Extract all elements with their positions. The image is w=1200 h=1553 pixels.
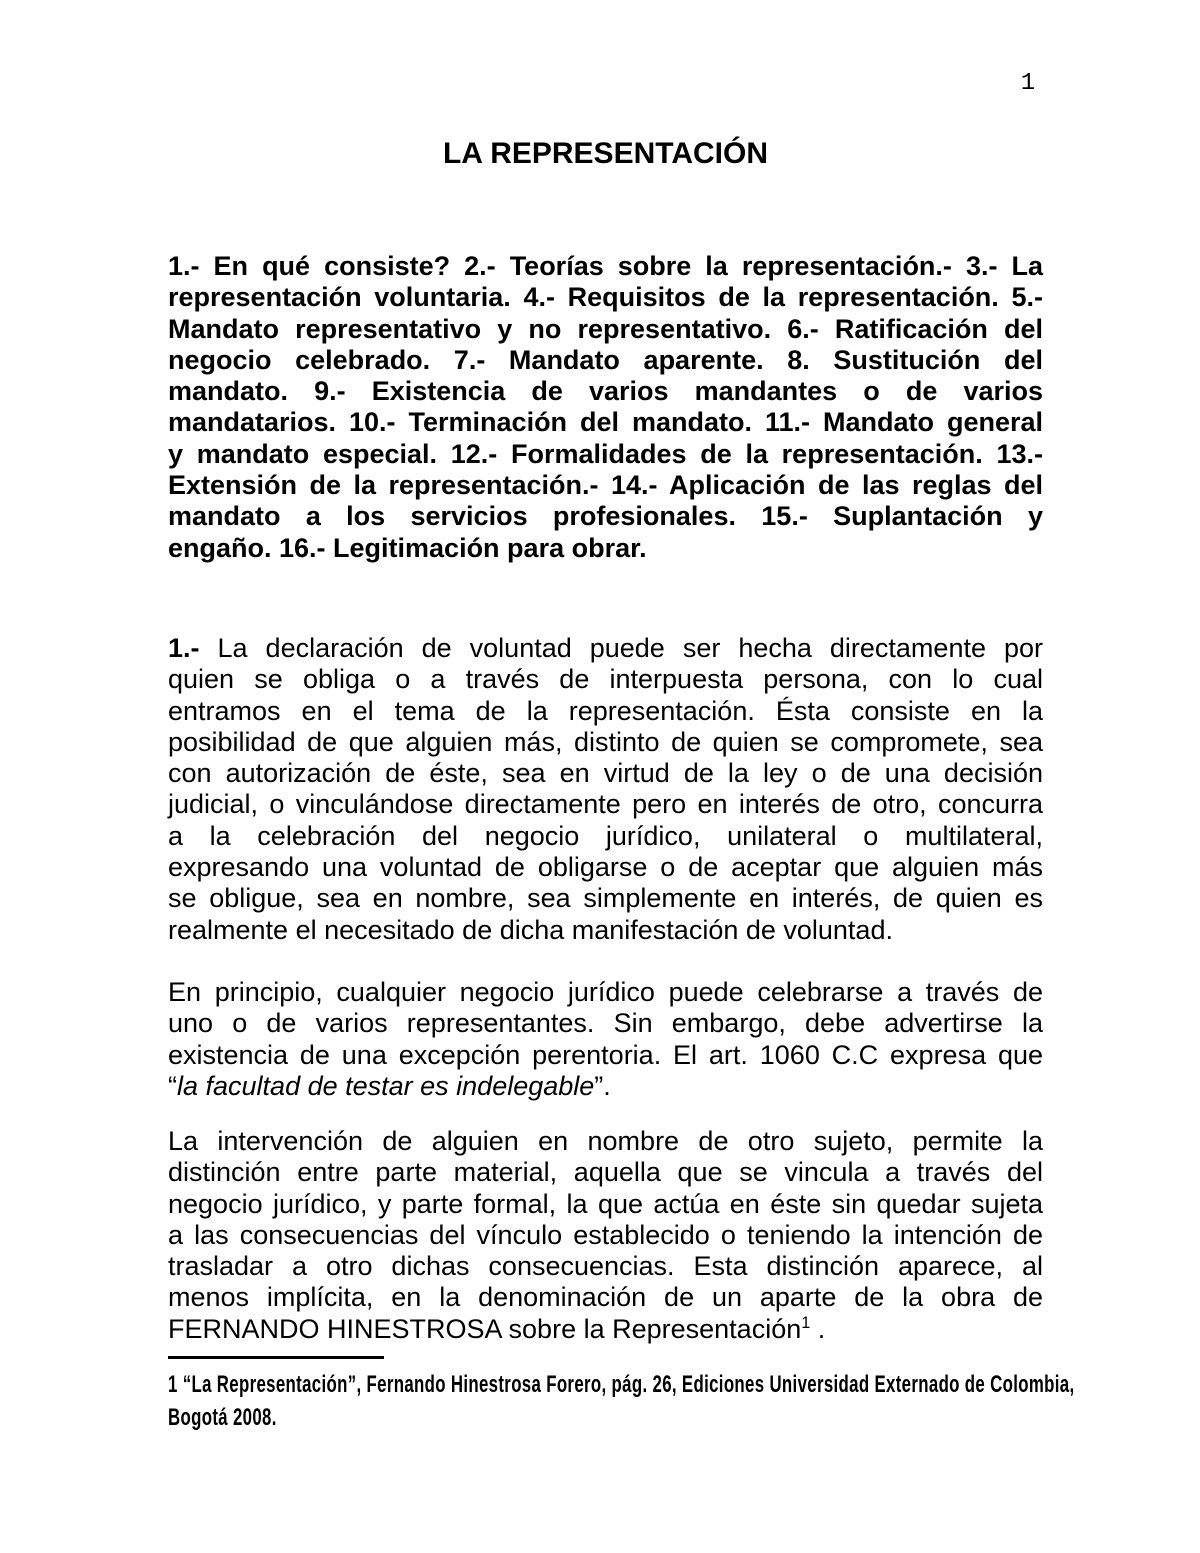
text-line: mandato a los servicios profesionales. 1… <box>168 501 1043 532</box>
text-line: mandatarios. 10.- Terminación del mandat… <box>168 407 1043 438</box>
text-line: Extensión de la representación.- 14.- Ap… <box>168 470 1043 501</box>
text-line: menos implícita, en la denominación de u… <box>168 1282 1043 1313</box>
text-line: “la facultad de testar es indelegable”. <box>168 1071 1043 1102</box>
text-run: expresando una voluntad de obligarse o d… <box>168 852 1043 882</box>
text-run: menos implícita, en la denominación de u… <box>168 1282 1043 1312</box>
text-line: negocio jurídico, y parte formal, la que… <box>168 1189 1043 1220</box>
text-run: a la celebración del negocio jurídico, u… <box>168 821 1043 851</box>
text-run: existencia de una excepción perentoria. … <box>168 1040 1043 1070</box>
text-run: con autorización de éste, sea en virtud … <box>168 758 1043 788</box>
text-run: judicial, o vinculándose directamente pe… <box>168 789 1043 819</box>
body-paragraph-3: La intervención de alguien en nombre de … <box>168 1126 1043 1345</box>
text-line: La intervención de alguien en nombre de … <box>168 1126 1043 1157</box>
text-run: realmente el necesitado de dicha manifes… <box>168 915 893 945</box>
text-run: mandatarios. 10.- Terminación del mandat… <box>168 407 1043 437</box>
text-line: judicial, o vinculándose directamente pe… <box>168 789 1043 820</box>
text-line: a la celebración del negocio jurídico, u… <box>168 821 1043 852</box>
body-paragraph-1: 1.- La declaración de voluntad puede ser… <box>168 633 1043 946</box>
text-run: posibilidad de que alguien más, distinto… <box>168 727 1043 757</box>
text-line: 1 “La Representación”, Fernando Hinestro… <box>168 1369 781 1402</box>
text-line: 1.- En qué consiste? 2.- Teorías sobre l… <box>168 251 1043 282</box>
text-run: Bogotá 2008. <box>168 1404 277 1431</box>
text-run: quien se obliga o a través de interpuest… <box>168 664 1043 694</box>
text-run: 1 “La Representación”, Fernando Hinestro… <box>168 1371 1074 1398</box>
text-run: Extensión de la representación.- 14.- Ap… <box>168 470 1043 500</box>
toc-paragraph: 1.- En qué consiste? 2.- Teorías sobre l… <box>168 251 1043 564</box>
text-line: 1.- La declaración de voluntad puede ser… <box>168 633 1043 664</box>
text-run: distinción entre parte material, aquella… <box>168 1157 1043 1187</box>
text-line: expresando una voluntad de obligarse o d… <box>168 852 1043 883</box>
text-line: mandato. 9.- Existencia de varios mandan… <box>168 376 1043 407</box>
text-run: mandato a los servicios profesionales. 1… <box>168 501 1043 531</box>
body-paragraph-2: En principio, cualquier negocio jurídico… <box>168 977 1043 1102</box>
text-run: y mandato especial. 12.- Formalidades de… <box>168 439 1043 469</box>
text-run: uno o de varios representantes. Sin emba… <box>168 1008 1043 1038</box>
text-line: engaño. 16.- Legitimación para obrar. <box>168 533 1043 564</box>
text-run: Mandato representativo y no representati… <box>168 314 1043 344</box>
footnote: 1 “La Representación”, Fernando Hinestro… <box>168 1369 1043 1434</box>
text-line: a las consecuencias del vínculo establec… <box>168 1220 1043 1251</box>
text-run: ”. <box>594 1071 611 1101</box>
text-line: con autorización de éste, sea en virtud … <box>168 758 1043 789</box>
text-line: se obligue, sea en nombre, sea simplemen… <box>168 883 1043 914</box>
text-run: “ <box>168 1071 177 1101</box>
document-page: { "page": { "number": "1" }, "header": {… <box>0 0 1200 1553</box>
text-line: trasladar a otro dichas consecuencias. E… <box>168 1251 1043 1282</box>
text-run: entramos en el tema de la representación… <box>168 696 1043 726</box>
text-line: distinción entre parte material, aquella… <box>168 1157 1043 1188</box>
text-line: Mandato representativo y no representati… <box>168 314 1043 345</box>
footnote-marker: 1 <box>801 1314 810 1332</box>
text-run: . <box>810 1314 825 1344</box>
text-line: representación voluntaria. 4.- Requisito… <box>168 282 1043 313</box>
text-run: se obligue, sea en nombre, sea simplemen… <box>168 883 1043 913</box>
text-run: negocio celebrado. 7.- Mandato aparente.… <box>168 345 1043 375</box>
text-run: negocio jurídico, y parte formal, la que… <box>168 1189 1043 1219</box>
text-line: quien se obliga o a través de interpuest… <box>168 664 1043 695</box>
text-line: realmente el necesitado de dicha manifes… <box>168 915 1043 946</box>
text-run: mandato. 9.- Existencia de varios mandan… <box>168 376 1043 406</box>
page-number: 1 <box>1008 70 1048 97</box>
text-line: negocio celebrado. 7.- Mandato aparente.… <box>168 345 1043 376</box>
text-line: y mandato especial. 12.- Formalidades de… <box>168 439 1043 470</box>
text-run: engaño. 16.- Legitimación para obrar. <box>168 533 647 563</box>
document-title: LA REPRESENTACIÓN <box>168 137 1043 171</box>
text-line: FERNANDO HINESTROSA sobre la Representac… <box>168 1314 1043 1345</box>
text-line: posibilidad de que alguien más, distinto… <box>168 727 1043 758</box>
text-run: 1.- <box>168 633 200 663</box>
text-run: FERNANDO HINESTROSA sobre la Representac… <box>168 1314 801 1344</box>
text-run: a las consecuencias del vínculo establec… <box>168 1220 1043 1250</box>
text-run: La intervención de alguien en nombre de … <box>168 1126 1043 1156</box>
text-run: trasladar a otro dichas consecuencias. E… <box>168 1251 1043 1281</box>
text-line: entramos en el tema de la representación… <box>168 696 1043 727</box>
text-run: 1.- En qué consiste? 2.- Teorías sobre l… <box>168 251 1043 281</box>
footnote-separator <box>168 1356 384 1359</box>
text-run: la facultad de testar es indelegable <box>177 1071 594 1101</box>
text-line: Bogotá 2008. <box>168 1402 781 1435</box>
text-line: uno o de varios representantes. Sin emba… <box>168 1008 1043 1039</box>
text-run: La declaración de voluntad puede ser hec… <box>200 633 1043 663</box>
text-run: En principio, cualquier negocio jurídico… <box>168 977 1043 1007</box>
text-run: representación voluntaria. 4.- Requisito… <box>168 282 1043 312</box>
text-line: En principio, cualquier negocio jurídico… <box>168 977 1043 1008</box>
text-line: existencia de una excepción perentoria. … <box>168 1040 1043 1071</box>
